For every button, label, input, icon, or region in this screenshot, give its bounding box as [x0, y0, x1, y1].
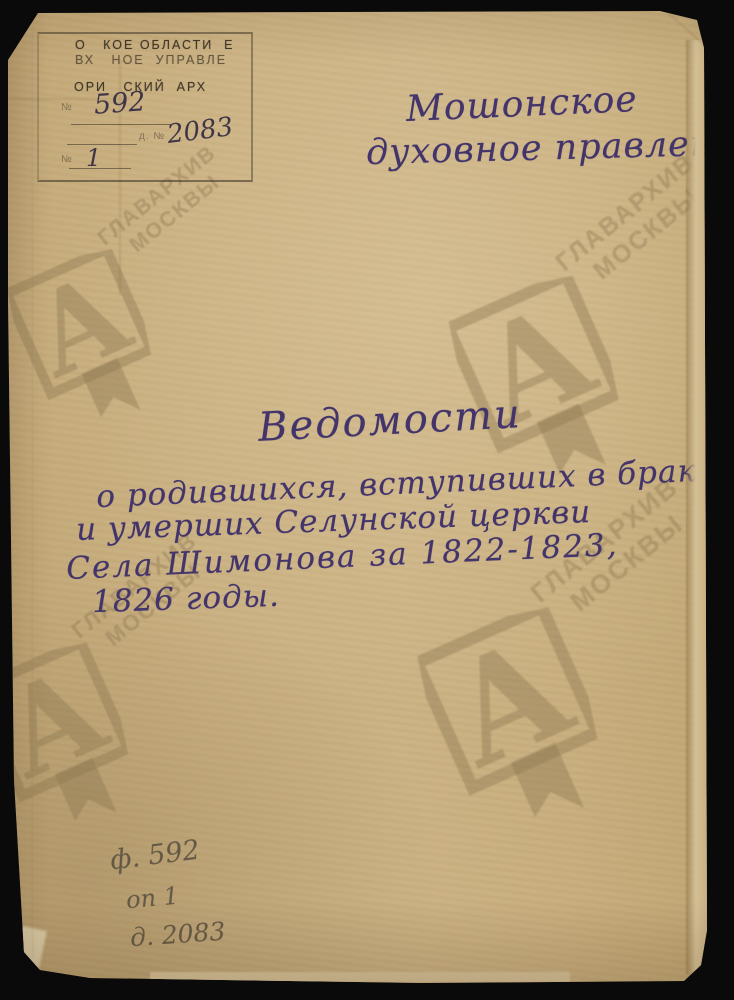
stamp-opis-label: №	[61, 154, 73, 165]
pencil-fond-number: ф. 592	[108, 835, 201, 877]
handwritten-header-line1: Мошонское	[405, 79, 638, 130]
handwritten-body-line4: 1826 годы.	[91, 578, 280, 621]
pencil-delo-number: д. 2083	[129, 917, 226, 953]
paper-crease	[32, 28, 34, 958]
document-cover-page: ГЛАВАРХИВ МОСКВЫ А ГЛАВАРХИВ МОСКВЫ А	[0, 0, 734, 1000]
paper-crease	[119, 60, 121, 295]
handwritten-title: Ведомости	[257, 391, 523, 451]
paper-crease	[8, 98, 130, 100]
paper-bottom-edge	[150, 972, 570, 982]
stamp-underline	[67, 144, 137, 145]
svg-text:А: А	[424, 603, 595, 800]
stamp-delo-number: 2083	[165, 112, 234, 150]
handwritten-header-line2: духовное правление	[366, 123, 734, 173]
glavarkhiv-logo-icon: А	[413, 603, 615, 856]
paper-right-edge	[686, 40, 708, 975]
svg-text:А: А	[0, 639, 126, 806]
glavarkhiv-logo-icon: А	[0, 639, 143, 854]
stamp-fond-label: №	[61, 102, 73, 113]
stamp-underline	[71, 124, 171, 125]
stamp-org-line1: О КОЕ ОБЛАСТИ Е	[75, 38, 235, 52]
scanned-document: ГЛАВАРХИВ МОСКВЫ А ГЛАВАРХИВ МОСКВЫ А	[0, 0, 734, 1000]
stamp-delo-label: д. №	[139, 131, 165, 142]
watermark-group: ГЛАВАРХИВ МОСКВЫ А	[12, 155, 267, 453]
glavarkhiv-logo-icon: А	[3, 246, 165, 449]
pencil-opis-number: оп 1	[125, 882, 180, 914]
archive-stamp: О КОЕ ОБЛАСТИ Е ВХ НОЕ УПРАВЛЕ ОРИ СКИЙ …	[37, 32, 253, 182]
paper-tear	[11, 926, 47, 980]
paper-crease	[648, 0, 721, 60]
stamp-underline	[69, 168, 131, 169]
stamp-org-line2: ВХ НОЕ УПРАВЛЕ	[75, 53, 227, 67]
